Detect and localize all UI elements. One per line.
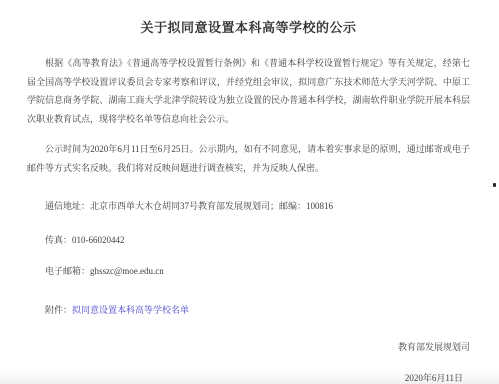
page-title: 关于拟同意设置本科高等学校的公示 <box>27 20 470 36</box>
attachment-line: 附件：拟同意设置本科高等学校名单 <box>27 301 470 320</box>
paragraph-publicity-period: 公示时间为2020年6月11日至6月25日。公示期内，如有不同意见，请本着实事求… <box>27 140 470 177</box>
announcement-page: 关于拟同意设置本科高等学校的公示 根据《高等教育法》《普通高等学校设置暂行条例》… <box>0 0 499 384</box>
contact-fax-line: 传真：010-66020442 <box>27 231 470 250</box>
issuing-department: 教育部发展规划司 <box>27 338 470 357</box>
attachment-link[interactable]: 拟同意设置本科高等学校名单 <box>72 305 189 315</box>
document-content: 关于拟同意设置本科高等学校的公示 根据《高等教育法》《普通高等学校设置暂行条例》… <box>0 0 499 384</box>
contact-address-line: 通信地址：北京市西单大木仓胡同37号教育部发展规划司；邮编：100816 <box>27 197 470 216</box>
attachment-label: 附件： <box>45 305 72 315</box>
paragraph-basis-and-decision: 根据《高等教育法》《普通高等学校设置暂行条例》和《普通本科学校设置暂行规定》等有… <box>27 54 470 128</box>
contact-email-line: 电子邮箱：ghsszc@moe.edu.cn <box>27 262 470 281</box>
screenshot-speck <box>493 183 496 187</box>
issue-date: 2020年6月11日 <box>27 369 470 384</box>
